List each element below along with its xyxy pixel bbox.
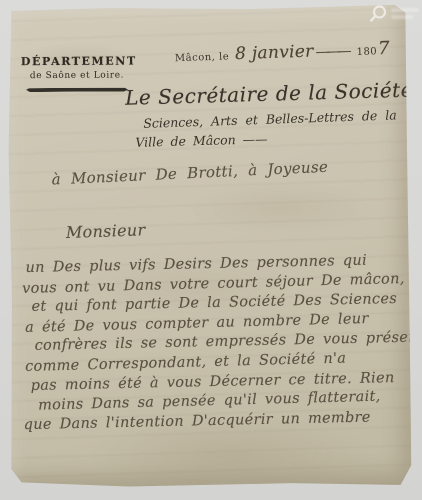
heading-line-3: Ville de Mâcon —— [135, 131, 268, 150]
heading-line-2: Sciences, Arts et Belles-Lettres de la [143, 107, 397, 131]
magnifier-icon[interactable] [368, 3, 390, 25]
letter-body: un Des plus vifs Desirs Des personnes qu… [19, 250, 407, 436]
dateline-stroke: ——— [315, 43, 349, 60]
letterhead-rule [26, 87, 128, 92]
letter-paper: DÉPARTEMENT de Saône et Loire. Mâcon, le… [7, 5, 412, 489]
dateline-printed-prefix: Mâcon, le [175, 51, 230, 64]
letter-photo: DÉPARTEMENT de Saône et Loire. Mâcon, le… [0, 0, 422, 500]
letterhead-department: DÉPARTEMENT [21, 54, 133, 68]
dateline-handwritten-year-digit: 7 [378, 38, 390, 59]
letterhead: DÉPARTEMENT de Saône et Loire. [21, 54, 133, 92]
salutation: Monsieur [66, 220, 146, 242]
dateline: Mâcon, le 8 janvier ——— 180 7 [175, 38, 391, 66]
watermark-text-line [391, 15, 414, 19]
letterhead-region: de Saône et Loire. [21, 70, 133, 81]
dateline-handwritten-day: 8 janvier [235, 41, 314, 64]
watermark-text-line [391, 8, 419, 12]
heading-line-1: Le Secrétaire de la Société des [125, 77, 416, 109]
address-line: à Monsieur De Brotti, à Joyeuse [51, 158, 328, 189]
dateline-printed-year: 180 [356, 46, 377, 58]
